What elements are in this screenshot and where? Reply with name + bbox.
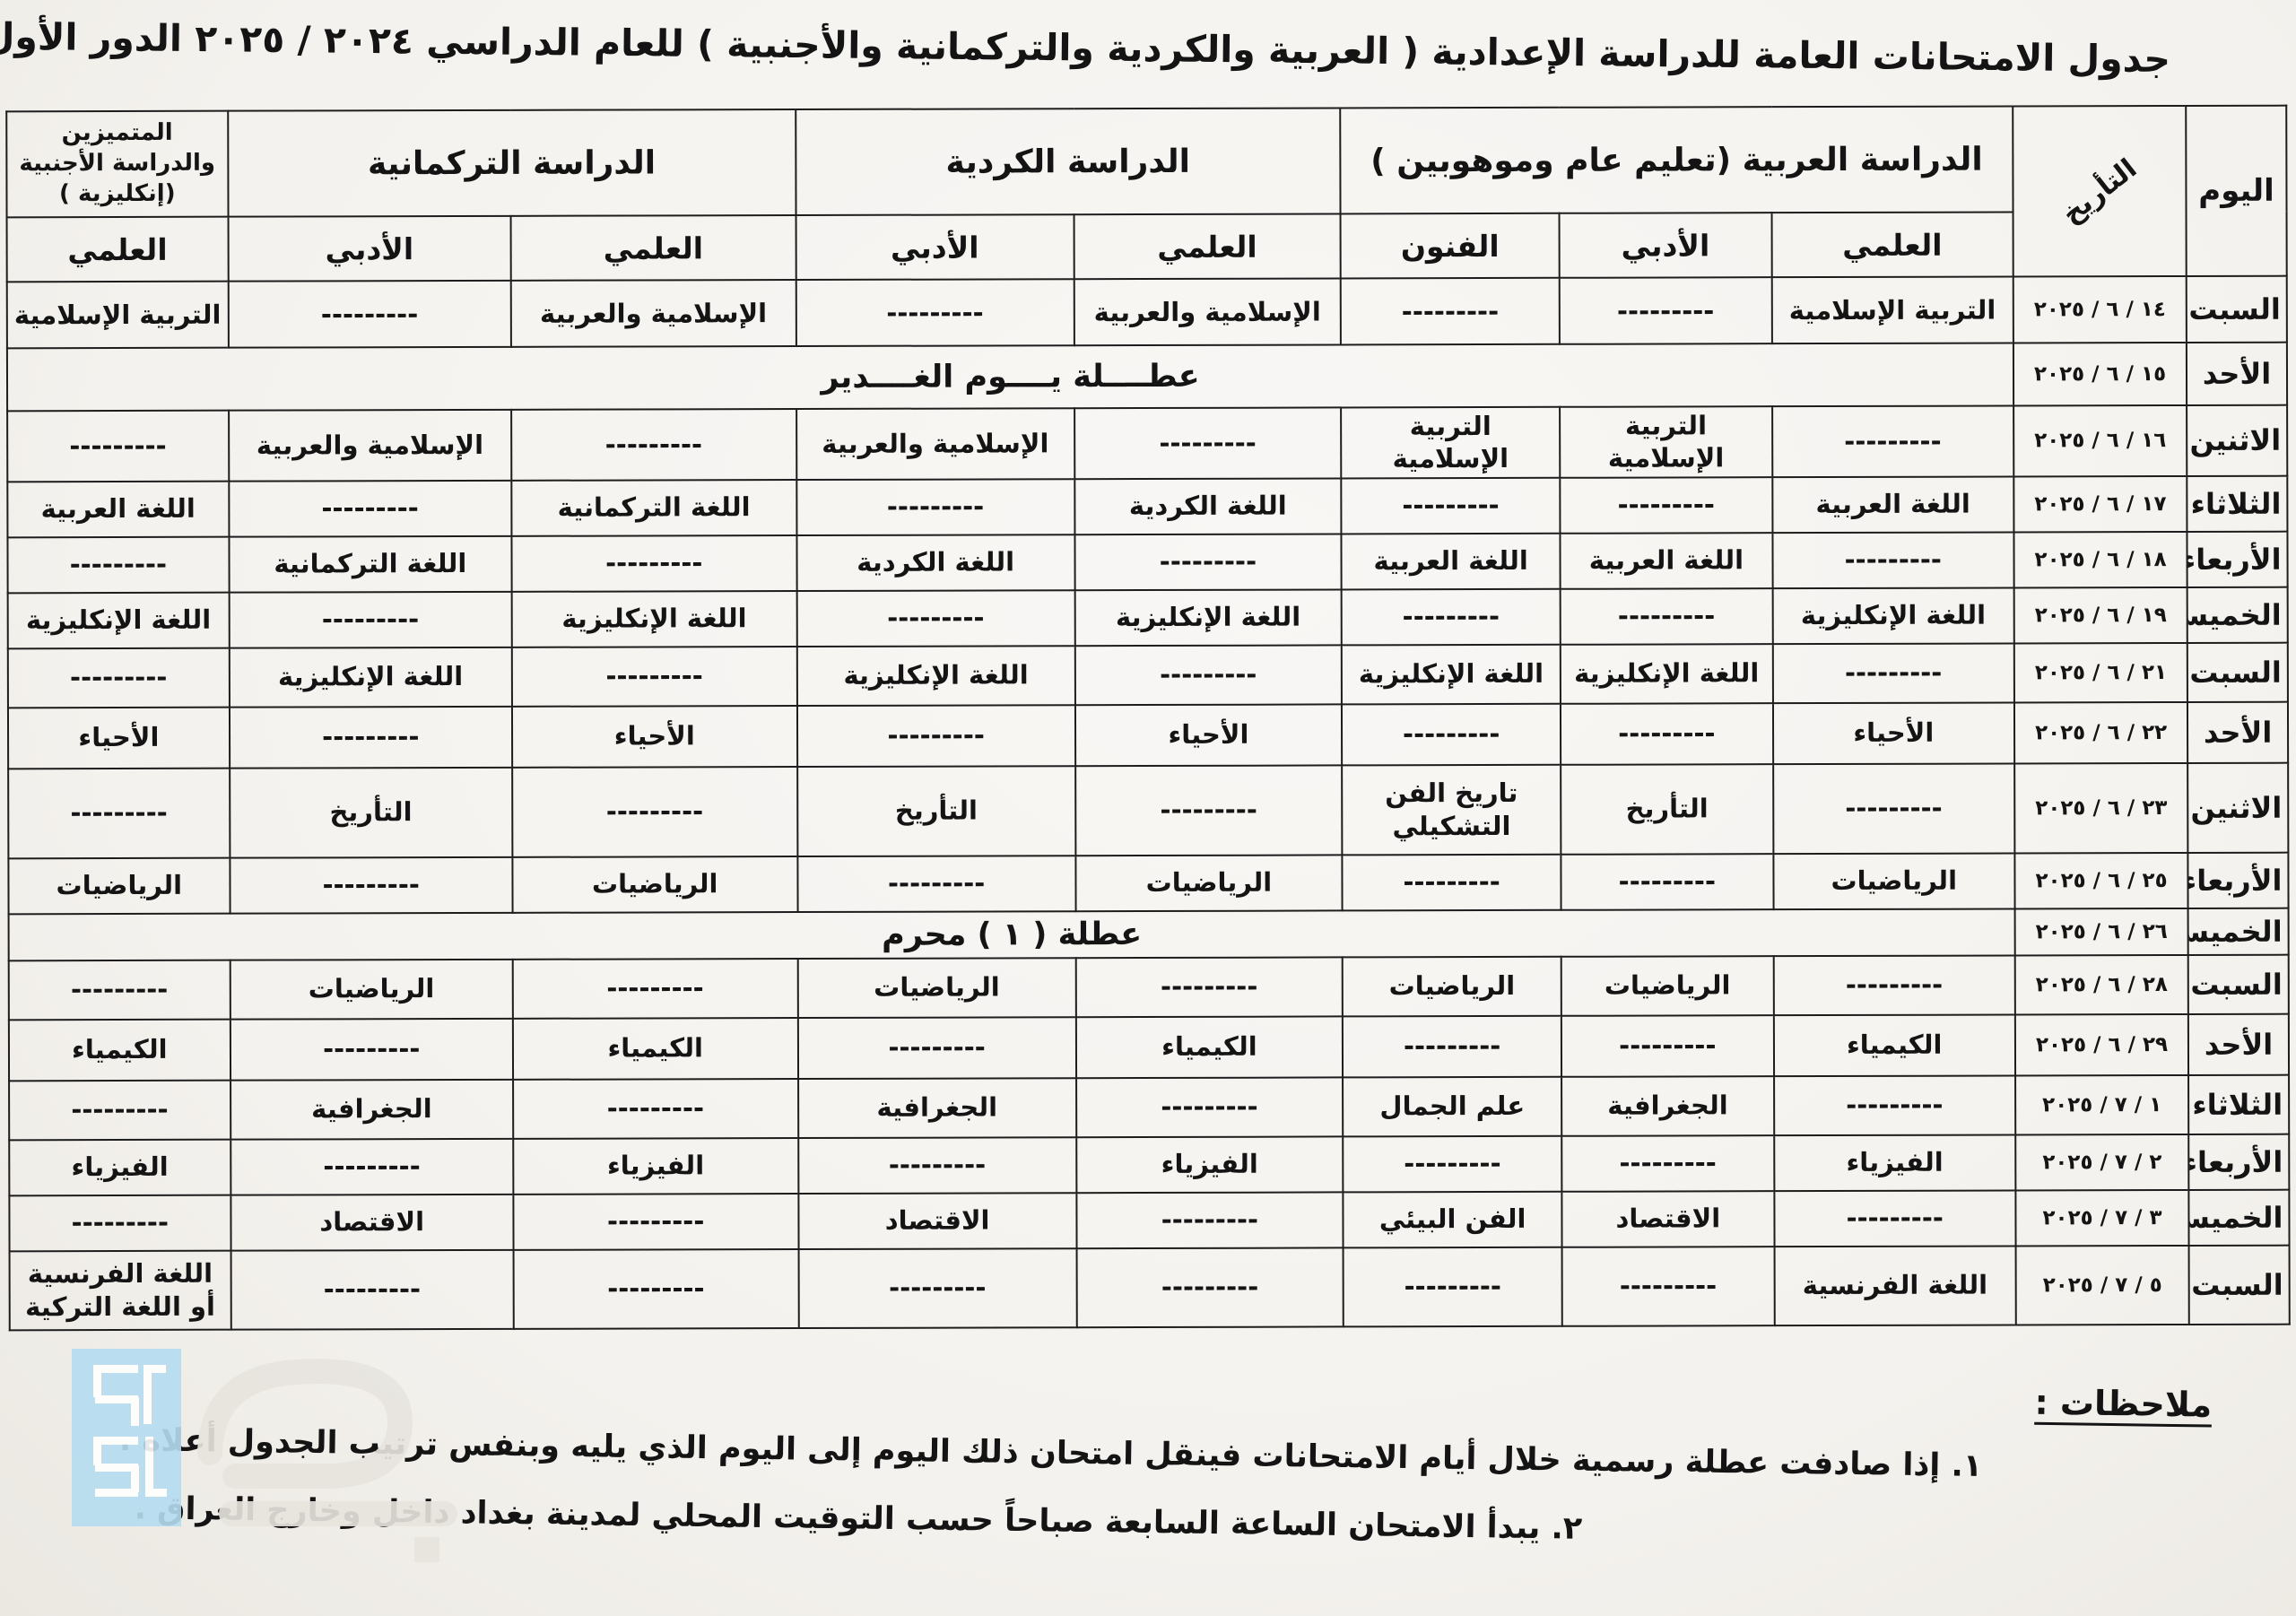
- subject-cell: الاقتصاد: [798, 1193, 1076, 1249]
- date-cell: ١ / ٧ / ٢٠٢٥: [2015, 1074, 2188, 1134]
- subject-cell: الجغرافية: [230, 1079, 513, 1139]
- subject-cell: ---------: [230, 856, 512, 913]
- subject-cell: ---------: [9, 960, 230, 1020]
- table-row: السبت٢٨ / ٦ / ٢٠٢٥---------الرياضياتالري…: [9, 954, 2289, 1020]
- table-row: الخميس٢٦ / ٦ / ٢٠٢٥عطلة ( ١ ) محرم: [9, 908, 2289, 960]
- subject-cell: الرياضيات: [230, 959, 512, 1019]
- subject-cell: ---------: [229, 591, 511, 647]
- table-row: الأحد٢٢ / ٦ / ٢٠٢٥الأحياء---------------…: [8, 701, 2288, 769]
- date-header-label: التأريخ: [2057, 152, 2144, 230]
- subject-cell: الأحياء: [1075, 704, 1343, 766]
- date-cell: ٢١ / ٦ / ٢٠٢٥: [2014, 642, 2187, 702]
- schedule-header: اليومالتأريخالدراسة العربية (تعليم عام و…: [6, 106, 2286, 282]
- subject-cell: ---------: [1075, 957, 1343, 1017]
- column-subheader: العلمي: [1074, 213, 1341, 279]
- day-cell: السبت: [2189, 1245, 2290, 1324]
- day-cell: السبت: [2188, 954, 2289, 1013]
- subject-cell: ---------: [1772, 643, 2014, 703]
- subject-cell: اللغة الإنكليزية: [8, 592, 230, 648]
- table-row: الأحد٢٩ / ٦ / ٢٠٢٥الكيمياء--------------…: [9, 1013, 2289, 1081]
- subject-cell: الفيزياء: [9, 1139, 230, 1195]
- subject-cell: الأحياء: [8, 707, 230, 769]
- subject-cell: ---------: [1562, 1247, 1775, 1326]
- column-subheader: العلمي: [7, 217, 229, 282]
- date-cell: ٢٨ / ٦ / ٢٠٢٥: [2015, 954, 2188, 1014]
- day-cell: الثلاثاء: [2187, 475, 2287, 531]
- subject-cell: ---------: [1343, 1015, 1561, 1077]
- subject-cell: ---------: [1075, 765, 1343, 856]
- day-cell: الأربعاء: [2187, 531, 2288, 586]
- column-subheader: الأدبي: [228, 216, 510, 282]
- subject-cell: ---------: [1076, 1192, 1344, 1248]
- column-subheader: العلمي: [510, 215, 796, 281]
- table-row: الأربعاء١٨ / ٦ / ٢٠٢٥---------اللغة العر…: [7, 531, 2287, 593]
- subject-cell: ---------: [9, 1080, 230, 1140]
- subject-cell: التأريخ: [230, 767, 512, 857]
- subject-cell: علم الجمال: [1343, 1076, 1561, 1136]
- holiday-cell: عطــــلة يــــوم الغــــدير: [7, 343, 2013, 411]
- subject-cell: الرياضيات: [1075, 855, 1343, 911]
- subject-cell: الرياضيات: [1343, 956, 1561, 1016]
- subject-cell: ---------: [230, 1138, 513, 1195]
- schedule-body: السبت١٤ / ٦ / ٢٠٢٥التربية الإسلامية-----…: [7, 276, 2290, 1330]
- subject-cell: ---------: [1076, 1247, 1344, 1327]
- subject-cell: ---------: [1773, 763, 2015, 854]
- subject-cell: ---------: [1074, 407, 1342, 478]
- subject-cell: ---------: [9, 1195, 230, 1251]
- subject-cell: ---------: [1074, 645, 1342, 705]
- subject-cell: الأحياء: [1772, 702, 2014, 764]
- subject-cell: ---------: [513, 1249, 798, 1329]
- date-cell: ١٧ / ٦ / ٢٠٢٥: [2013, 475, 2187, 532]
- day-cell: الأربعاء: [2188, 1134, 2289, 1189]
- subject-cell: ---------: [230, 706, 512, 768]
- day-cell: الاثنين: [2187, 405, 2287, 476]
- subject-cell: اللغة العربية: [7, 481, 229, 537]
- subject-cell: ---------: [1774, 1075, 2016, 1135]
- table-row: السبت١٤ / ٦ / ٢٠٢٥التربية الإسلامية-----…: [7, 276, 2287, 349]
- subject-cell: ---------: [229, 480, 511, 536]
- subject-cell: التأريخ: [1561, 764, 1773, 855]
- subject-cell: ---------: [1561, 854, 1774, 910]
- subject-cell: الرياضيات: [797, 958, 1075, 1018]
- subject-cell: الفيزياء: [513, 1138, 798, 1195]
- subject-cell: اللغة الكردية: [796, 534, 1074, 591]
- column-subheader: الأدبي: [796, 214, 1074, 280]
- table-row: الخميس١٩ / ٦ / ٢٠٢٥اللغة الإنكليزية-----…: [8, 586, 2288, 648]
- date-cell: ٢٦ / ٦ / ٢٠٢٥: [2015, 908, 2188, 955]
- subject-cell: الكيمياء: [9, 1019, 230, 1081]
- subject-cell: ---------: [1560, 277, 1772, 344]
- subject-cell: ---------: [1561, 703, 1773, 765]
- table-row: الثلاثاء١٧ / ٦ / ٢٠٢٥اللغة العربية------…: [7, 475, 2287, 537]
- subject-cell: اللغة الإنكليزية: [796, 646, 1074, 706]
- subject-cell: ---------: [8, 647, 230, 708]
- subject-cell: الرياضيات: [512, 856, 797, 913]
- subject-cell: اللغة التركمانية: [229, 535, 511, 592]
- subject-cell: التأريخ: [797, 766, 1075, 856]
- subject-cell: الفيزياء: [1774, 1134, 2016, 1191]
- subject-cell: ---------: [797, 856, 1075, 912]
- date-cell: ٢٥ / ٦ / ٢٠٢٥: [2014, 852, 2187, 908]
- subject-cell: الاقتصاد: [1562, 1191, 1775, 1247]
- column-header-date: التأريخ: [2013, 106, 2187, 277]
- subject-cell: الفيزياء: [1076, 1136, 1344, 1193]
- subject-cell: ---------: [1343, 854, 1561, 910]
- subject-cell: تاريخ الفن التشكيلي: [1342, 764, 1561, 855]
- subject-cell: ---------: [1343, 1135, 1561, 1192]
- subject-cell: ---------: [1772, 532, 2014, 588]
- day-cell: الأربعاء: [2188, 852, 2289, 908]
- subject-cell: اللغة العربية: [1561, 533, 1773, 589]
- page-title: جدول الامتحانات العامة للدراسة الإعدادية…: [99, 16, 2170, 81]
- table-row: الأربعاء٢ / ٧ / ٢٠٢٥الفيزياء------------…: [9, 1134, 2289, 1195]
- day-cell: الخميس: [2189, 1189, 2290, 1245]
- date-cell: ٢ / ٧ / ٢٠٢٥: [2015, 1134, 2188, 1190]
- subject-cell: ---------: [1341, 278, 1560, 345]
- subject-cell: ---------: [1561, 1135, 1774, 1192]
- subject-cell: ---------: [797, 705, 1075, 767]
- day-cell: الأحد: [2187, 701, 2288, 762]
- day-cell: الأحد: [2187, 343, 2287, 405]
- subject-cell: ---------: [1341, 477, 1560, 534]
- column-header-day: اليوم: [2186, 106, 2286, 276]
- subject-cell: ---------: [1774, 1190, 2016, 1247]
- day-cell: الأحد: [2188, 1013, 2289, 1074]
- date-cell: ٢٢ / ٦ / ٢٠٢٥: [2014, 701, 2187, 763]
- column-group-header: المتميزين والدراسة الأجنبية (إنكليزية ): [6, 111, 228, 218]
- column-group-header: الدراسة الكردية: [796, 108, 1341, 215]
- subject-cell: ---------: [1561, 588, 1773, 645]
- subject-cell: ---------: [230, 1018, 513, 1080]
- table-row: الثلاثاء١ / ٧ / ٢٠٢٥---------الجغرافيةعل…: [9, 1074, 2289, 1140]
- subject-cell: الفن البيئي: [1343, 1191, 1561, 1247]
- subject-cell: ---------: [1342, 588, 1561, 645]
- subject-cell: ---------: [1560, 477, 1772, 534]
- subject-cell: الجغرافية: [1561, 1076, 1774, 1136]
- date-cell: ١٦ / ٦ / ٢٠٢٥: [2013, 405, 2187, 476]
- subject-cell: ---------: [1076, 1077, 1344, 1137]
- day-cell: الثلاثاء: [2188, 1074, 2289, 1134]
- day-cell: الاثنين: [2187, 762, 2288, 852]
- subject-cell: ---------: [796, 590, 1074, 647]
- subject-cell: ---------: [796, 279, 1074, 346]
- subject-cell: اللغة الإنكليزية: [229, 647, 511, 707]
- subject-cell: الرياضيات: [1561, 956, 1774, 1016]
- subject-cell: الرياضيات: [1773, 853, 2015, 909]
- date-cell: ١٤ / ٦ / ٢٠٢٥: [2013, 276, 2187, 343]
- subject-cell: اللغة الإنكليزية: [511, 591, 796, 647]
- subject-cell: الأحياء: [512, 706, 797, 768]
- subject-cell: اللغة الإنكليزية: [1561, 644, 1773, 704]
- date-cell: ٣ / ٧ / ٢٠٢٥: [2015, 1189, 2188, 1246]
- subject-cell: ---------: [7, 536, 229, 593]
- subject-cell: التربية الإسلامية: [7, 282, 229, 349]
- subject-cell: ---------: [1773, 955, 2015, 1015]
- subject-cell: ---------: [797, 1017, 1075, 1079]
- subject-cell: اللغة الإنكليزية: [1342, 644, 1561, 704]
- subject-cell: ---------: [8, 768, 230, 858]
- exam-schedule-table: اليومالتأريخالدراسة العربية (تعليم عام و…: [5, 105, 2291, 1331]
- subject-cell: ---------: [1344, 1247, 1562, 1326]
- subject-cell: ---------: [796, 479, 1074, 535]
- subject-cell: ---------: [1772, 405, 2014, 476]
- subject-cell: اللغة الكردية: [1074, 478, 1342, 534]
- day-cell: السبت: [2187, 276, 2287, 343]
- subject-cell: اللغة الفرنسية: [1774, 1246, 2016, 1325]
- subject-cell: ---------: [512, 647, 797, 707]
- subject-cell: اللغة التركمانية: [511, 480, 796, 536]
- subject-cell: الإسلامية والعربية: [796, 408, 1074, 479]
- subject-cell: ---------: [512, 767, 797, 857]
- subject-cell: ---------: [228, 281, 510, 348]
- table-row: الاثنين١٦ / ٦ / ٢٠٢٥---------التربية الإ…: [7, 405, 2287, 482]
- column-subheader: الأدبي: [1560, 213, 1772, 278]
- subject-cell: ---------: [513, 1079, 798, 1139]
- table-row: الأربعاء٢٥ / ٦ / ٢٠٢٥الرياضيات----------…: [8, 852, 2288, 914]
- subject-cell: ---------: [1561, 1015, 1774, 1077]
- subject-cell: الرياضيات: [8, 857, 230, 914]
- subject-cell: الجغرافية: [798, 1078, 1076, 1138]
- holiday-cell: عطلة ( ١ ) محرم: [9, 908, 2015, 960]
- watermark-calligraphy: [210, 1371, 445, 1514]
- subject-cell: الكيمياء: [1773, 1014, 2015, 1076]
- column-subheader: العلمي: [1771, 212, 2013, 277]
- column-group-header: الدراسة التركمانية: [228, 109, 796, 217]
- watermark-logo: [56, 1311, 504, 1607]
- subject-cell: اللغة العربية: [1342, 533, 1561, 589]
- subject-cell: الاقتصاد: [230, 1194, 513, 1250]
- date-cell: ١٨ / ٦ / ٢٠٢٥: [2013, 531, 2187, 587]
- subject-cell: ---------: [513, 1194, 798, 1250]
- date-cell: ١٩ / ٦ / ٢٠٢٥: [2014, 586, 2187, 643]
- date-cell: ٢٣ / ٦ / ٢٠٢٥: [2014, 762, 2187, 853]
- subject-cell: الكيمياء: [513, 1018, 798, 1080]
- subject-cell: ---------: [1074, 534, 1342, 590]
- subject-cell: التربية الإسلامية: [1341, 407, 1560, 478]
- column-subheader: الفنون: [1341, 213, 1560, 279]
- table-row: السبت٢١ / ٦ / ٢٠٢٥---------اللغة الإنكلي…: [8, 642, 2288, 708]
- subject-cell: الإسلامية والعربية: [1074, 278, 1341, 345]
- date-cell: ٥ / ٧ / ٢٠٢٥: [2016, 1245, 2189, 1325]
- subject-cell: ---------: [513, 959, 798, 1019]
- watermark-dot: [414, 1537, 439, 1562]
- subject-cell: ---------: [511, 535, 796, 592]
- subject-cell: ---------: [511, 409, 796, 480]
- column-group-header: الدراسة العربية (تعليم عام وموهوبين ): [1340, 106, 2013, 213]
- table-row: الاثنين٢٣ / ٦ / ٢٠٢٥---------التأريختاري…: [8, 762, 2288, 858]
- subject-cell: التربية الإسلامية: [1771, 276, 2013, 343]
- subject-cell: الإسلامية والعربية: [229, 410, 511, 481]
- subject-cell: ---------: [798, 1248, 1076, 1328]
- subject-cell: اللغة العربية: [1772, 476, 2014, 533]
- subject-cell: ---------: [798, 1137, 1076, 1194]
- subject-cell: اللغة الإنكليزية: [1772, 587, 2014, 644]
- day-cell: الخميس: [2187, 586, 2288, 642]
- subject-cell: الإسلامية والعربية: [511, 280, 796, 347]
- table-row: الأحد١٥ / ٦ / ٢٠٢٥عطــــلة يــــوم الغــ…: [7, 343, 2287, 412]
- subject-cell: ---------: [7, 411, 229, 482]
- date-cell: ٢٩ / ٦ / ٢٠٢٥: [2015, 1013, 2188, 1075]
- subject-cell: ---------: [1342, 703, 1561, 765]
- date-cell: ١٥ / ٦ / ٢٠٢٥: [2013, 343, 2187, 406]
- day-cell: السبت: [2187, 642, 2288, 701]
- day-cell: الخميس: [2188, 908, 2289, 954]
- table-row: الخميس٣ / ٧ / ٢٠٢٥---------الاقتصادالفن …: [9, 1189, 2289, 1251]
- subject-cell: الكيمياء: [1076, 1016, 1344, 1078]
- subject-cell: التربية الإسلامية: [1560, 406, 1772, 477]
- subject-cell: اللغة الإنكليزية: [1074, 589, 1342, 646]
